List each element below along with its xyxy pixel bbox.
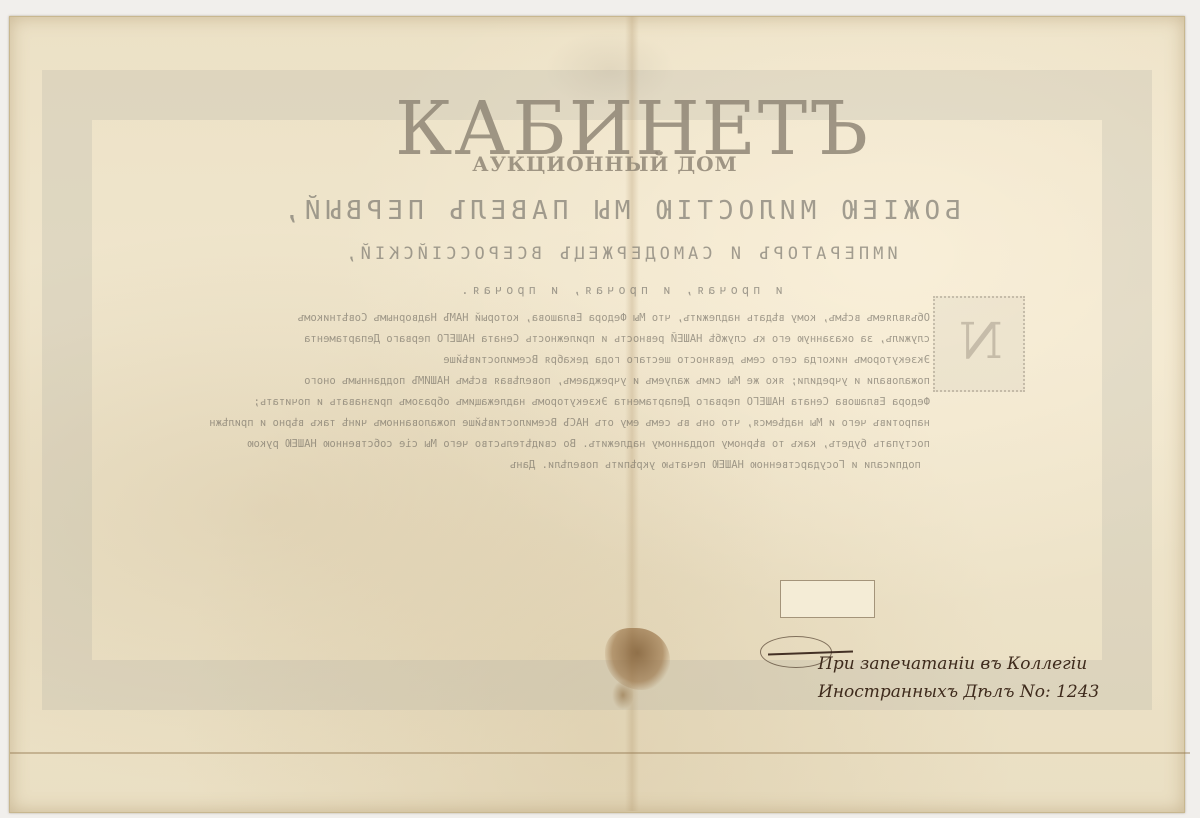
brown-stain-drip xyxy=(612,680,634,710)
decree-heading-line1: БОЖІЕЮ МИЛОСТІЮ МЫ ПАВЕЛЪ ПЕРВЫЙ, xyxy=(205,196,1035,226)
attached-paper-slip xyxy=(780,580,875,618)
auction-house-watermark: КАБИНЕТЪ АУКЦИОННЫЙ ДОМ xyxy=(395,88,815,170)
decree-heading-line2: ИМПЕРАТОРЪ И САМОДЕРЖЕЦЪ ВСЕРОССІЙСКІЙ, xyxy=(280,244,960,264)
decree-body-text: Объявляемъ всѣмъ, кому вѣдать надлежитъ,… xyxy=(210,308,930,476)
body-line: Объявляемъ всѣмъ, кому вѣдать надлежитъ,… xyxy=(210,308,930,329)
decree-heading-line3: и прочая, и прочая, и прочая. xyxy=(380,283,860,297)
handwritten-line2: Иностранныхъ Дѣлъ No: 1243 xyxy=(818,678,1099,706)
body-line: Федора Евлашова Сената НАШЕГО перваго Де… xyxy=(210,392,930,413)
body-line: поступать будетъ, какъ то вѣрному поддан… xyxy=(210,434,930,455)
heading-line1-text: БОЖІЕЮ МИЛОСТІЮ МЫ ПАВЕЛЪ ПЕРВЫЙ, xyxy=(205,196,1035,226)
body-line: подписали и Государственною НАШЕЮ печать… xyxy=(210,455,930,476)
stamp-box: N xyxy=(933,296,1025,392)
body-line: пожаловали и учредили; яко же Мы симъ жа… xyxy=(210,371,930,392)
body-line: Экзекуторомъ никогда сего семь девяносто… xyxy=(210,350,930,371)
watermark-subtitle: АУКЦИОННЫЙ ДОМ xyxy=(395,152,815,176)
body-line: служилъ, за оказанную его къ службѣ НАШЕ… xyxy=(210,329,930,350)
body-line: напротивъ чего и Мы надѣемся, что онъ въ… xyxy=(210,413,930,434)
stamp-letter: N xyxy=(959,312,1003,370)
bottom-fold-crease xyxy=(10,752,1190,754)
handwritten-line1: При запечатаніи въ Коллегіи xyxy=(818,650,1099,678)
heading-line3-text: и прочая, и прочая, и прочая. xyxy=(380,283,860,297)
handwritten-registration-note: При запечатаніи въ Коллегіи Иностранныхъ… xyxy=(818,650,1099,706)
heading-line2-text: ИМПЕРАТОРЪ И САМОДЕРЖЕЦЪ ВСЕРОССІЙСКІЙ, xyxy=(280,244,960,264)
